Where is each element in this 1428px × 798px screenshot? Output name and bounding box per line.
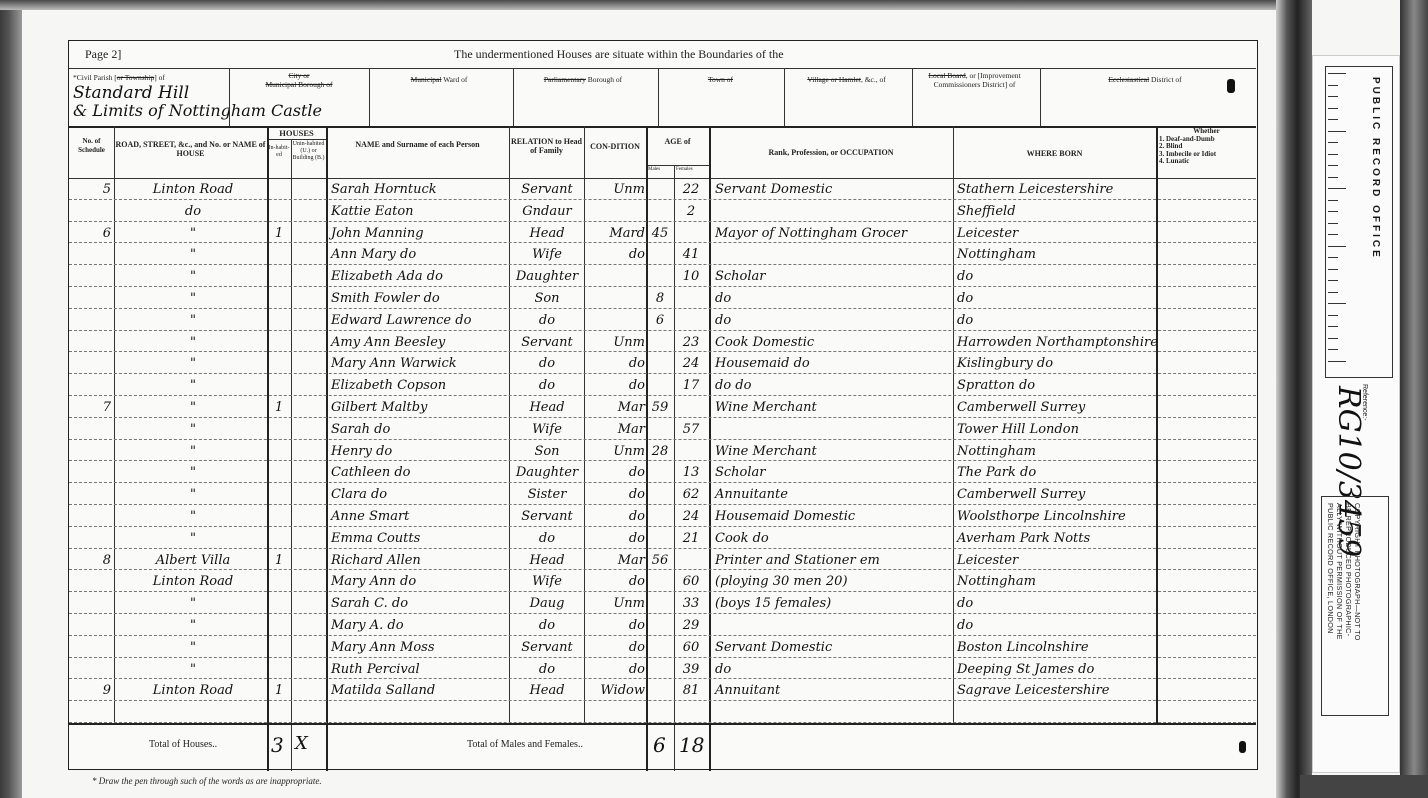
cell-occupation: Housemaid do bbox=[715, 354, 951, 374]
cell-male bbox=[647, 594, 673, 614]
cell-occupation: (boys 15 females) bbox=[715, 594, 951, 614]
cell-female: 23 bbox=[675, 333, 707, 353]
cell-inhabited bbox=[269, 594, 289, 614]
cell-condition: do bbox=[587, 529, 645, 549]
cell-inhabited bbox=[269, 311, 289, 331]
cell-condition: do bbox=[587, 660, 645, 680]
cell-condition: Mar bbox=[587, 398, 645, 418]
cell-name: Smith Fowler do bbox=[331, 289, 507, 309]
boundary-village-label: Village or Hamlet, &c., of bbox=[784, 75, 909, 84]
table-row: "Mary Ann Warwickdodo24Housemaid doKisli… bbox=[69, 352, 1259, 374]
cell-inhabited: 1 bbox=[269, 398, 289, 418]
cell-schedule bbox=[75, 485, 111, 505]
table-row: doKattie EatonGndaur2Sheffield bbox=[69, 200, 1259, 222]
cell-born: Stathern Leicestershire bbox=[957, 180, 1157, 200]
cell-road: " bbox=[121, 376, 265, 396]
cell-inhabited bbox=[269, 529, 289, 549]
cell-schedule bbox=[75, 463, 111, 483]
cell-name: Anne Smart bbox=[331, 507, 507, 527]
cell-name: Henry do bbox=[331, 442, 507, 462]
table-row: "Ann Mary doWifedo41Nottingham bbox=[69, 243, 1259, 265]
cell-relation: Daug bbox=[511, 594, 583, 614]
cell-schedule: 8 bbox=[75, 551, 111, 571]
cell-inhabited bbox=[269, 442, 289, 462]
table-row: "Cathleen doDaughterdo13ScholarThe Park … bbox=[69, 461, 1259, 483]
col-houses: HOUSES bbox=[267, 129, 326, 138]
cell-inhabited bbox=[269, 180, 289, 200]
cell-name: Sarah Horntuck bbox=[331, 180, 507, 200]
cell-female: 10 bbox=[675, 267, 707, 287]
cell-inhabited bbox=[269, 202, 289, 222]
table-row: "Clara doSisterdo62AnnuitanteCamberwell … bbox=[69, 483, 1259, 505]
cell-occupation: Servant Domestic bbox=[715, 638, 951, 658]
footnote: * Draw the pen through such of the words… bbox=[92, 776, 322, 786]
cell-female: 2 bbox=[675, 202, 707, 222]
cell-inhabited: 1 bbox=[269, 681, 289, 701]
cell-name: Elizabeth Copson bbox=[331, 376, 507, 396]
cell-female: 13 bbox=[675, 463, 707, 483]
cell-born bbox=[957, 703, 1157, 723]
cell-occupation: do bbox=[715, 311, 951, 331]
cell-condition: do bbox=[587, 354, 645, 374]
boundary-local-board-label: Local Board, or [ImprovementCommissioner… bbox=[912, 71, 1037, 89]
table-row: 5Linton RoadSarah HorntuckServantUnm22Se… bbox=[69, 178, 1259, 200]
cell-name: Ann Mary do bbox=[331, 245, 507, 265]
cell-inhabited: 1 bbox=[269, 551, 289, 571]
cell-male bbox=[647, 485, 673, 505]
cell-road: " bbox=[121, 485, 265, 505]
table-row: "Elizabeth Ada doDaughter10Scholardo bbox=[69, 265, 1259, 287]
cell-condition: do bbox=[587, 463, 645, 483]
total-females-value: 18 bbox=[679, 733, 704, 757]
cell-relation: Son bbox=[511, 442, 583, 462]
cell-male bbox=[647, 202, 673, 222]
page-number: Page 2] bbox=[85, 47, 121, 62]
col-where-born: WHERE BORN bbox=[953, 149, 1156, 158]
cell-occupation: Scholar bbox=[715, 267, 951, 287]
cell-road: " bbox=[121, 616, 265, 636]
cell-inhabited bbox=[269, 245, 289, 265]
cell-road: " bbox=[121, 420, 265, 440]
cell-schedule bbox=[75, 333, 111, 353]
cell-inhabited bbox=[269, 572, 289, 592]
cell-female: 39 bbox=[675, 660, 707, 680]
cell-relation: Head bbox=[511, 398, 583, 418]
cell-schedule bbox=[75, 376, 111, 396]
cell-road: Linton Road bbox=[121, 681, 265, 701]
total-houses-mark: X bbox=[295, 733, 308, 754]
cell-inhabited bbox=[269, 638, 289, 658]
cell-born: do bbox=[957, 289, 1157, 309]
scan-edge-far-right bbox=[1400, 0, 1428, 798]
cell-schedule bbox=[75, 594, 111, 614]
cell-relation: Wife bbox=[511, 572, 583, 592]
total-houses-value: 3 bbox=[271, 733, 284, 757]
table-row: 7"1Gilbert MaltbyHeadMar59Wine MerchantC… bbox=[69, 396, 1259, 418]
cell-male: 59 bbox=[647, 398, 673, 418]
cell-name: Matilda Salland bbox=[331, 681, 507, 701]
col-uninhabited: Unin-habited (U.) or Building (B.) bbox=[291, 141, 326, 162]
cell-schedule bbox=[75, 572, 111, 592]
cell-female: 17 bbox=[675, 376, 707, 396]
cell-name: Edward Lawrence do bbox=[331, 311, 507, 331]
cell-female: 81 bbox=[675, 681, 707, 701]
cell-female bbox=[675, 398, 707, 418]
cell-female: 57 bbox=[675, 420, 707, 440]
cell-relation bbox=[511, 703, 583, 723]
cell-female: 24 bbox=[675, 354, 707, 374]
cell-name: Clara do bbox=[331, 485, 507, 505]
cell-condition: Mar bbox=[587, 420, 645, 440]
cell-relation: do bbox=[511, 529, 583, 549]
cell-name: Mary A. do bbox=[331, 616, 507, 636]
cell-male bbox=[647, 420, 673, 440]
cell-relation: Wife bbox=[511, 245, 583, 265]
col-age: AGE of bbox=[646, 137, 709, 146]
cell-occupation: Scholar bbox=[715, 463, 951, 483]
cell-name: Richard Allen bbox=[331, 551, 507, 571]
cell-schedule bbox=[75, 507, 111, 527]
cell-occupation: Annuitant bbox=[715, 681, 951, 701]
cell-occupation bbox=[715, 245, 951, 265]
cell-relation: do bbox=[511, 660, 583, 680]
cell-male bbox=[647, 616, 673, 636]
cell-occupation: do bbox=[715, 660, 951, 680]
cell-male bbox=[647, 354, 673, 374]
cell-occupation bbox=[715, 420, 951, 440]
ink-blot bbox=[1227, 79, 1235, 93]
cell-schedule bbox=[75, 289, 111, 309]
cell-inhabited bbox=[269, 507, 289, 527]
col-name: NAME and Surname of each Person bbox=[326, 140, 509, 149]
cell-born: do bbox=[957, 594, 1157, 614]
cell-condition: Mard bbox=[587, 224, 645, 244]
cell-occupation bbox=[715, 703, 951, 723]
cell-occupation: Wine Merchant bbox=[715, 398, 951, 418]
copyright-notice: COPYRIGHT PHOTOGRAPH—NOT TO BE REPRODUCE… bbox=[1326, 503, 1362, 641]
cell-inhabited bbox=[269, 376, 289, 396]
cell-female bbox=[675, 224, 707, 244]
cell-female bbox=[675, 289, 707, 309]
cell-relation: Sister bbox=[511, 485, 583, 505]
table-row: "Amy Ann BeesleyServantUnm23Cook Domesti… bbox=[69, 331, 1259, 353]
cell-condition: do bbox=[587, 376, 645, 396]
cell-occupation: Annuitante bbox=[715, 485, 951, 505]
cell-born: do bbox=[957, 267, 1157, 287]
cell-schedule bbox=[75, 616, 111, 636]
cell-born: Leicester bbox=[957, 551, 1157, 571]
cell-male bbox=[647, 333, 673, 353]
cell-occupation: Cook do bbox=[715, 529, 951, 549]
cell-schedule bbox=[75, 311, 111, 331]
cell-road: " bbox=[121, 289, 265, 309]
copyright-box: COPYRIGHT PHOTOGRAPH—NOT TO BE REPRODUCE… bbox=[1321, 496, 1389, 716]
boundary-parliamentary-label: Parliamentary Borough of bbox=[513, 75, 653, 84]
cell-male: 8 bbox=[647, 289, 673, 309]
cell-female: 41 bbox=[675, 245, 707, 265]
cell-female: 24 bbox=[675, 507, 707, 527]
cell-born: Camberwell Surrey bbox=[957, 485, 1157, 505]
scan-edge-left bbox=[0, 0, 22, 798]
cell-name bbox=[331, 703, 507, 723]
cell-schedule bbox=[75, 420, 111, 440]
total-persons-label: Total of Males and Females.. bbox=[467, 739, 583, 750]
cell-occupation: do do bbox=[715, 376, 951, 396]
cell-schedule bbox=[75, 660, 111, 680]
cell-condition: do bbox=[587, 638, 645, 658]
cell-relation: Servant bbox=[511, 507, 583, 527]
cell-schedule bbox=[75, 202, 111, 222]
scan-edge-top bbox=[0, 0, 1290, 10]
ruler-scale: PUBLIC RECORD OFFICE bbox=[1325, 66, 1393, 378]
cell-male bbox=[647, 660, 673, 680]
cell-schedule bbox=[75, 703, 111, 723]
cell-occupation bbox=[715, 202, 951, 222]
cell-relation: Head bbox=[511, 551, 583, 571]
cell-relation: do bbox=[511, 311, 583, 331]
cell-occupation bbox=[715, 616, 951, 636]
cell-condition: Unm bbox=[587, 594, 645, 614]
cell-born: do bbox=[957, 616, 1157, 636]
cell-road: " bbox=[121, 245, 265, 265]
col-age-females: Females bbox=[676, 167, 693, 172]
cell-relation: Gndaur bbox=[511, 202, 583, 222]
col-age-males: Males bbox=[648, 167, 660, 172]
cell-male bbox=[647, 638, 673, 658]
cell-male bbox=[647, 245, 673, 265]
cell-female: 60 bbox=[675, 638, 707, 658]
cell-male bbox=[647, 572, 673, 592]
cell-road: Linton Road bbox=[121, 572, 265, 592]
table-row: "Emma Couttsdodo21Cook doAverham Park No… bbox=[69, 527, 1259, 549]
cell-condition: do bbox=[587, 572, 645, 592]
cell-road: " bbox=[121, 267, 265, 287]
cell-name: Sarah do bbox=[331, 420, 507, 440]
cell-female: 22 bbox=[675, 180, 707, 200]
cell-inhabited bbox=[269, 354, 289, 374]
cell-road: " bbox=[121, 507, 265, 527]
cell-female: 62 bbox=[675, 485, 707, 505]
total-houses-label: Total of Houses.. bbox=[149, 739, 217, 750]
cell-female: 29 bbox=[675, 616, 707, 636]
boundary-civil-parish-value-2: & Limits of Nottingham Castle bbox=[73, 101, 322, 120]
table-row: "Smith Fowler doSon8dodo bbox=[69, 287, 1259, 309]
cell-relation: Son bbox=[511, 289, 583, 309]
col-infirmity: Whether 1. Deaf-and-Dumb 2. Blind 3. Imb… bbox=[1159, 128, 1254, 166]
reference-strip: PUBLIC RECORD OFFICE Reference:- RG10/34… bbox=[1312, 55, 1400, 773]
cell-relation: Head bbox=[511, 681, 583, 701]
cell-male: 6 bbox=[647, 311, 673, 331]
boundary-ward-label: Municipal Ward of bbox=[369, 75, 509, 84]
cell-inhabited bbox=[269, 267, 289, 287]
cell-road: do bbox=[121, 202, 265, 222]
cell-condition: Unm bbox=[587, 442, 645, 462]
boundary-town-label: Town of bbox=[658, 75, 783, 84]
cell-name: Mary Ann do bbox=[331, 572, 507, 592]
census-form: Page 2] The undermentioned Houses are si… bbox=[68, 40, 1258, 770]
cell-male bbox=[647, 681, 673, 701]
cell-occupation: Mayor of Nottingham Grocer bbox=[715, 224, 951, 244]
cell-relation: do bbox=[511, 616, 583, 636]
table-row: "Elizabeth Copsondodo17do doSpratton do bbox=[69, 374, 1259, 396]
cell-condition bbox=[587, 703, 645, 723]
ink-blot-bottom bbox=[1239, 741, 1246, 753]
cell-female bbox=[675, 703, 707, 723]
boundary-city-label: City orMunicipal Borough of bbox=[244, 71, 354, 89]
ruler-ticks bbox=[1326, 67, 1350, 367]
cell-occupation: Housemaid Domestic bbox=[715, 507, 951, 527]
cell-inhabited bbox=[269, 616, 289, 636]
cell-road: " bbox=[121, 398, 265, 418]
cell-schedule bbox=[75, 354, 111, 374]
table-row: "Edward Lawrence dodo6dodo bbox=[69, 309, 1259, 331]
col-inhabited: In-habit-ed bbox=[267, 145, 291, 159]
cell-condition bbox=[587, 267, 645, 287]
cell-inhabited bbox=[269, 333, 289, 353]
cell-male bbox=[647, 267, 673, 287]
table-row: 6"1John ManningHeadMard45Mayor of Nottin… bbox=[69, 222, 1259, 244]
page-banner: The undermentioned Houses are situate wi… bbox=[454, 47, 784, 62]
cell-name: John Manning bbox=[331, 224, 507, 244]
cell-female: 21 bbox=[675, 529, 707, 549]
cell-born: Leicester bbox=[957, 224, 1157, 244]
cell-relation: do bbox=[511, 376, 583, 396]
cell-born: Sagrave Leicestershire bbox=[957, 681, 1157, 701]
cell-female: 60 bbox=[675, 572, 707, 592]
table-row: "Sarah C. doDaugUnm33(boys 15 females)do bbox=[69, 592, 1259, 614]
cell-condition: Unm bbox=[587, 333, 645, 353]
cell-name: Cathleen do bbox=[331, 463, 507, 483]
boundary-ecclesiastical-label: Ecclesiastical District of bbox=[1040, 75, 1250, 84]
cell-name: Sarah C. do bbox=[331, 594, 507, 614]
col-relation: RELATION to Head of Family bbox=[509, 137, 584, 155]
cell-male: 56 bbox=[647, 551, 673, 571]
cell-relation: Servant bbox=[511, 333, 583, 353]
cell-occupation: Servant Domestic bbox=[715, 180, 951, 200]
cell-born: Kislingbury do bbox=[957, 354, 1157, 374]
table-row: "Mary A. dododo29do bbox=[69, 614, 1259, 636]
col-occupation: Rank, Profession, or OCCUPATION bbox=[709, 148, 953, 157]
cell-female bbox=[675, 442, 707, 462]
table-row: "Sarah doWifeMar57Tower Hill London bbox=[69, 418, 1259, 440]
cell-road: " bbox=[121, 638, 265, 658]
cell-condition: Unm bbox=[587, 180, 645, 200]
cell-inhabited bbox=[269, 463, 289, 483]
cell-name: Mary Ann Warwick bbox=[331, 354, 507, 374]
cell-name: Kattie Eaton bbox=[331, 202, 507, 222]
cell-road: " bbox=[121, 529, 265, 549]
cell-schedule: 7 bbox=[75, 398, 111, 418]
record-office-title: PUBLIC RECORD OFFICE bbox=[1370, 77, 1381, 260]
cell-male bbox=[647, 376, 673, 396]
cell-born: The Park do bbox=[957, 463, 1157, 483]
cell-road: " bbox=[121, 594, 265, 614]
cell-schedule bbox=[75, 442, 111, 462]
cell-male bbox=[647, 703, 673, 723]
cell-born: Camberwell Surrey bbox=[957, 398, 1157, 418]
cell-schedule: 5 bbox=[75, 180, 111, 200]
cell-male: 45 bbox=[647, 224, 673, 244]
boundary-civil-parish-label: *Civil Parish [or Township] of bbox=[73, 73, 165, 82]
cell-inhabited bbox=[269, 289, 289, 309]
cell-schedule bbox=[75, 245, 111, 265]
cell-condition: do bbox=[587, 245, 645, 265]
cell-relation: Daughter bbox=[511, 267, 583, 287]
cell-road: " bbox=[121, 224, 265, 244]
col-condition: CON-DITION bbox=[584, 142, 646, 151]
cell-male bbox=[647, 180, 673, 200]
cell-born: Boston Lincolnshire bbox=[957, 638, 1157, 658]
table-row: "Anne SmartServantdo24Housemaid Domestic… bbox=[69, 505, 1259, 527]
cell-female: 33 bbox=[675, 594, 707, 614]
cell-born: Harrowden Northamptonshire bbox=[957, 333, 1157, 353]
cell-condition: do bbox=[587, 616, 645, 636]
cell-born: Deeping St James do bbox=[957, 660, 1157, 680]
boundary-civil-parish-value: Standard Hill bbox=[73, 83, 189, 103]
cell-condition: do bbox=[587, 485, 645, 505]
cell-born: Nottingham bbox=[957, 245, 1157, 265]
cell-occupation: do bbox=[715, 289, 951, 309]
cell-born: Spratton do bbox=[957, 376, 1157, 396]
cell-male bbox=[647, 507, 673, 527]
cell-schedule bbox=[75, 267, 111, 287]
cell-condition: do bbox=[587, 507, 645, 527]
table-row bbox=[69, 701, 1259, 723]
cell-name: Ruth Percival bbox=[331, 660, 507, 680]
cell-relation: Servant bbox=[511, 180, 583, 200]
cell-occupation: Cook Domestic bbox=[715, 333, 951, 353]
cell-name: Emma Coutts bbox=[331, 529, 507, 549]
cell-condition bbox=[587, 202, 645, 222]
cell-male bbox=[647, 529, 673, 549]
census-table-body: 5Linton RoadSarah HorntuckServantUnm22Se… bbox=[69, 178, 1256, 723]
cell-born: Averham Park Notts bbox=[957, 529, 1157, 549]
table-row: "Henry doSonUnm28Wine MerchantNottingham bbox=[69, 440, 1259, 462]
cell-road: " bbox=[121, 354, 265, 374]
cell-relation: Servant bbox=[511, 638, 583, 658]
cell-schedule: 9 bbox=[75, 681, 111, 701]
cell-occupation: Wine Merchant bbox=[715, 442, 951, 462]
cell-born: Woolsthorpe Lincolnshire bbox=[957, 507, 1157, 527]
cell-born: Tower Hill London bbox=[957, 420, 1157, 440]
cell-name: Amy Ann Beesley bbox=[331, 333, 507, 353]
scan-edge-bottom bbox=[1300, 775, 1428, 798]
cell-inhabited: 1 bbox=[269, 224, 289, 244]
cell-relation: Wife bbox=[511, 420, 583, 440]
col-schedule: No. of Schedule bbox=[69, 137, 114, 155]
cell-relation: do bbox=[511, 354, 583, 374]
total-males-value: 6 bbox=[653, 733, 666, 757]
scan-edge-right bbox=[1276, 0, 1312, 798]
cell-born: do bbox=[957, 311, 1157, 331]
cell-inhabited bbox=[269, 660, 289, 680]
table-row: 9Linton Road1Matilda SallandHeadWidow81A… bbox=[69, 679, 1259, 701]
cell-road: " bbox=[121, 463, 265, 483]
cell-road: Albert Villa bbox=[121, 551, 265, 571]
cell-condition: Mar bbox=[587, 551, 645, 571]
table-row: Linton RoadMary Ann doWifedo60(ploying 3… bbox=[69, 570, 1259, 592]
cell-road: Linton Road bbox=[121, 180, 265, 200]
cell-condition bbox=[587, 289, 645, 309]
cell-name: Gilbert Maltby bbox=[331, 398, 507, 418]
table-row: "Ruth Percivaldodo39doDeeping St James d… bbox=[69, 658, 1259, 680]
cell-condition bbox=[587, 311, 645, 331]
cell-inhabited bbox=[269, 485, 289, 505]
cell-road: " bbox=[121, 311, 265, 331]
cell-male bbox=[647, 463, 673, 483]
cell-schedule: 6 bbox=[75, 224, 111, 244]
cell-born: Nottingham bbox=[957, 572, 1157, 592]
